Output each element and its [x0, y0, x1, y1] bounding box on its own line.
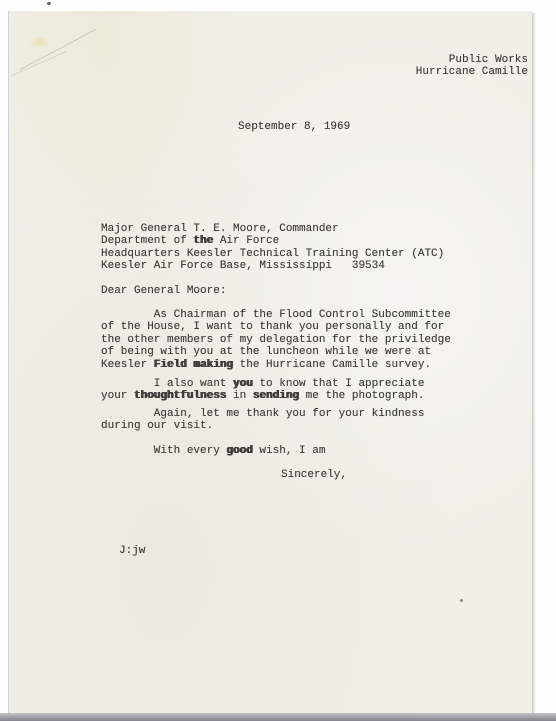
typed-line: Keesler Air Force Base, Mississippi 3953…	[101, 260, 444, 272]
typed-line: As Chairman of the Flood Control Subcomm…	[101, 309, 451, 321]
body-paragraph-2: I also want you to know that I appreciat…	[101, 378, 424, 403]
recipient-address: Major General T. E. Moore, CommanderDepa…	[101, 223, 444, 273]
typed-line: Department of the Air Force	[101, 235, 444, 247]
signature: Sincerely,	[281, 469, 347, 481]
typed-line: of being with you at the luncheon while …	[101, 346, 451, 358]
letterhead: Public Works Hurricane Camille	[416, 54, 528, 79]
letterhead-line-1: Public Works	[416, 54, 528, 66]
letterhead-line-2: Hurricane Camille	[416, 66, 528, 78]
typed-line: during our visit.	[101, 420, 424, 432]
typed-line: Major General T. E. Moore, Commander	[101, 223, 444, 235]
typed-line: your thoughtfulness in sending me the ph…	[101, 390, 424, 402]
date-line: September 8, 1969	[238, 121, 350, 133]
typed-line: the other members of my delegation for t…	[101, 334, 451, 346]
paper-crease	[11, 51, 66, 76]
typed-line: With every good wish, I am	[101, 445, 325, 457]
paper-stain	[29, 35, 51, 49]
typed-line: of the House, I want to thank you person…	[101, 321, 451, 333]
typed-line: Keesler Field making the Hurricane Camil…	[101, 359, 451, 371]
scanner-edge	[0, 713, 556, 721]
typed-line: I also want you to know that I appreciat…	[101, 378, 424, 390]
typist-initials: J:jw	[119, 545, 145, 557]
paper-crease	[20, 29, 96, 70]
closing-line: With every good wish, I am	[101, 445, 325, 457]
typed-line: Again, let me thank you for your kindnes…	[101, 408, 424, 420]
scan-debris-speck	[47, 2, 51, 5]
body-paragraph-1: As Chairman of the Flood Control Subcomm…	[101, 309, 451, 371]
paper-speck	[460, 599, 463, 602]
typed-line: Headquarters Keesler Technical Training …	[101, 248, 444, 260]
body-paragraph-3: Again, let me thank you for your kindnes…	[101, 408, 424, 433]
salutation: Dear General Moore:	[101, 285, 226, 297]
letter-paper: Public Works Hurricane Camille September…	[8, 11, 532, 713]
